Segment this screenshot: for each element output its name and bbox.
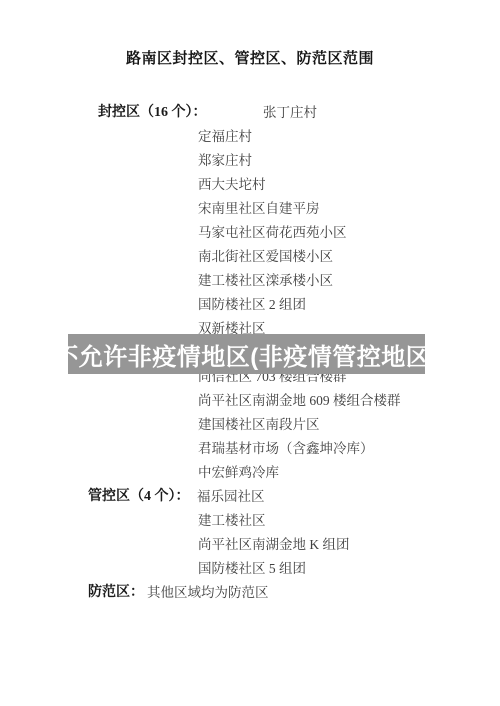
zone-item: 福乐园社区	[197, 485, 265, 509]
zone-item: 郑家庄村	[198, 149, 252, 173]
list-row: 定福庄村	[0, 125, 500, 149]
zone-item: 定福庄村	[198, 125, 252, 149]
list-row: 郑家庄村	[0, 149, 500, 173]
list-row: 尚平社区南湖金地 K 组团	[0, 533, 500, 557]
list-row: 防范区：其他区域均为防范区	[0, 581, 500, 605]
list-row: 封控区（16 个）：张丁庄村	[0, 101, 500, 125]
zone-item: 其他区域均为防范区	[147, 581, 269, 605]
section-label: 封控区（16 个）：	[98, 101, 207, 125]
list-row: 建国楼社区南段片区	[0, 413, 500, 437]
document-page: 路南区封控区、管控区、防范区范围 封控区（16 个）：张丁庄村定福庄村郑家庄村西…	[0, 0, 500, 706]
zone-item: 君瑞基材市场（含鑫坤冷库）	[198, 437, 374, 461]
list-row: 国防楼社区 5 组团	[0, 557, 500, 581]
list-row: 马家屯社区荷花西苑小区	[0, 221, 500, 245]
list-row: 建工楼社区滦承楼小区	[0, 269, 500, 293]
zone-item: 尚平社区南湖金地 K 组团	[198, 533, 350, 557]
section-label: 管控区（4 个）：	[88, 485, 190, 509]
list-row: 西大夫坨村	[0, 173, 500, 197]
zone-item: 南北街社区爱国楼小区	[198, 245, 333, 269]
zone-item: 建国楼社区南段片区	[198, 413, 320, 437]
overlay-banner: 不允许非疫情地区(非疫情管控地区)	[68, 334, 425, 374]
zone-item: 马家屯社区荷花西苑小区	[198, 221, 347, 245]
zone-item: 尚平社区南湖金地 609 楼组合楼群	[198, 389, 401, 413]
list-row: 君瑞基材市场（含鑫坤冷库）	[0, 437, 500, 461]
zone-item: 建工楼社区	[198, 509, 266, 533]
list-row: 国防楼社区 2 组团	[0, 293, 500, 317]
list-row: 南北街社区爱国楼小区	[0, 245, 500, 269]
zone-item: 中宏鲜鸡冷库	[198, 461, 279, 485]
zone-item: 国防楼社区 2 组团	[198, 293, 306, 317]
overlay-banner-text: 不允许非疫情地区(非疫情管控地区)	[54, 337, 438, 372]
list-row: 中宏鲜鸡冷库	[0, 461, 500, 485]
list-row: 建工楼社区	[0, 509, 500, 533]
list-row: 尚平社区南湖金地 609 楼组合楼群	[0, 389, 500, 413]
zone-item: 西大夫坨村	[198, 173, 266, 197]
zone-item: 张丁庄村	[263, 101, 317, 125]
list-row: 宋南里社区自建平房	[0, 197, 500, 221]
zone-item: 建工楼社区滦承楼小区	[198, 269, 333, 293]
zone-item: 国防楼社区 5 组团	[198, 557, 306, 581]
zone-item: 宋南里社区自建平房	[198, 197, 320, 221]
list-row: 管控区（4 个）：福乐园社区	[0, 485, 500, 509]
section-label: 防范区：	[88, 581, 144, 605]
